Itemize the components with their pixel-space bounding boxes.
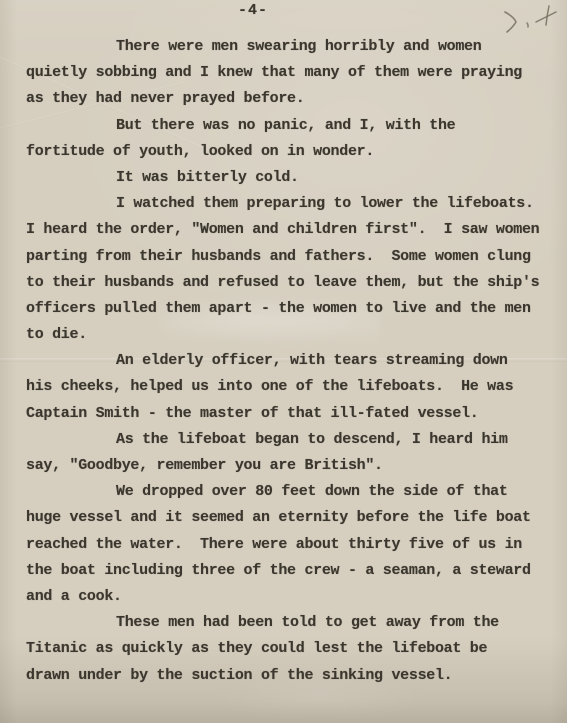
typewritten-page: -4- There were men swearing horribly and…: [0, 0, 567, 723]
text-line: Captain Smith - the master of that ill-f…: [26, 401, 556, 427]
page-number: -4-: [238, 2, 268, 19]
text-line: his cheeks, helped us into one of the li…: [26, 374, 556, 400]
text-line: parting from their husbands and fathers.…: [26, 244, 556, 270]
text-line: quietly sobbing and I knew that many of …: [26, 60, 556, 86]
text-line: There were men swearing horribly and wom…: [26, 34, 556, 60]
text-line: Titanic as quickly as they could lest th…: [26, 636, 556, 662]
text-line: say, "Goodbye, remember you are British"…: [26, 453, 556, 479]
text-line: the boat including three of the crew - a…: [26, 558, 556, 584]
text-line: huge vessel and it seemed an eternity be…: [26, 505, 556, 531]
text-line: These men had been told to get away from…: [26, 610, 556, 636]
typed-text: There were men swearing horribly and wom…: [26, 34, 556, 689]
text-line: We dropped over 80 feet down the side of…: [26, 479, 556, 505]
text-line: I watched them preparing to lower the li…: [26, 191, 556, 217]
text-line: as they had never prayed before.: [26, 86, 556, 112]
text-line: reached the water. There were about thir…: [26, 532, 556, 558]
text-line: An elderly officer, with tears streaming…: [26, 348, 556, 374]
text-line: to die.: [26, 322, 556, 348]
text-line: But there was no panic, and I, with the: [26, 113, 556, 139]
text-line: As the lifeboat began to descend, I hear…: [26, 427, 556, 453]
text-line: I heard the order, "Women and children f…: [26, 217, 556, 243]
text-line: fortitude of youth, looked on in wonder.: [26, 139, 556, 165]
text-line: and a cook.: [26, 584, 556, 610]
text-line: drawn under by the suction of the sinkin…: [26, 663, 556, 689]
text-line: officers pulled them apart - the women t…: [26, 296, 556, 322]
text-line: to their husbands and refused to leave t…: [26, 270, 556, 296]
text-line: It was bitterly cold.: [26, 165, 556, 191]
